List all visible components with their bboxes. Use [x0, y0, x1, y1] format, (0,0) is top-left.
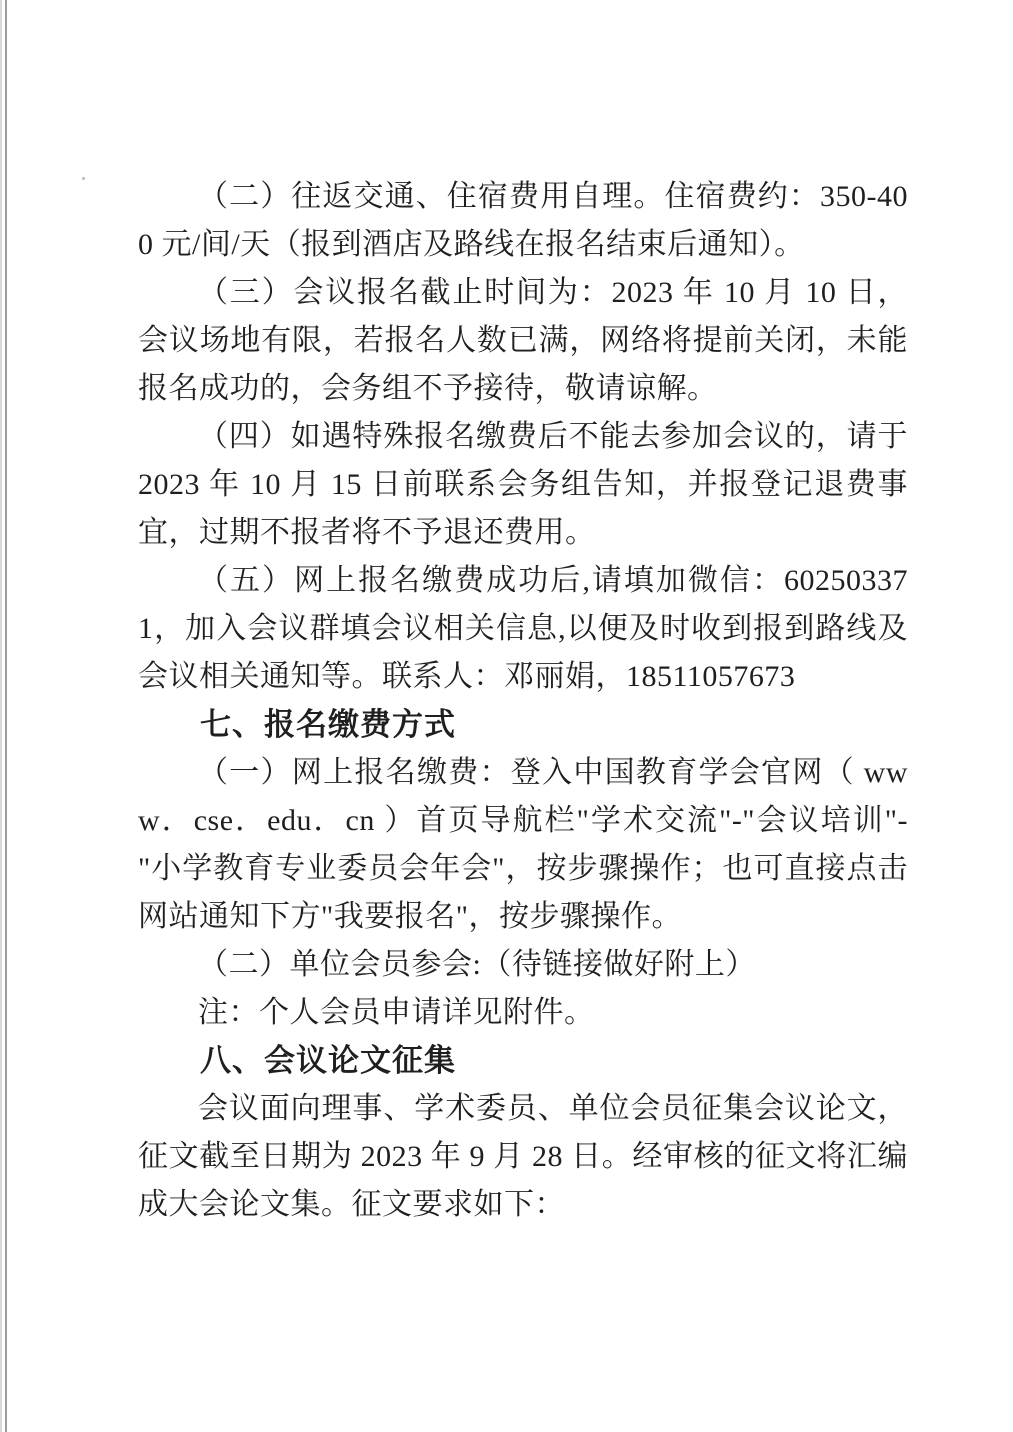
paragraph-individual-member-note: 注：个人会员申请详见附件。 — [138, 989, 908, 1037]
paragraph-member-unit-link: （二）单位会员参会:（待链接做好附上） — [138, 941, 908, 989]
paragraph-paper-collection: 会议面向理事、学术委员、单位会员征集会议论文，征文截至日期为 2023 年 9 … — [138, 1085, 908, 1229]
heading-section-7-payment: 七、报名缴费方式 — [138, 701, 908, 749]
paragraph-registration-deadline: （三）会议报名截止时间为：2023 年 10 月 10 日，会议场地有限，若报名… — [138, 269, 908, 413]
document-page: （二）往返交通、住宿费用自理。住宿费约：350-400 元/间/天（报到酒店及路… — [0, 0, 1013, 1432]
paragraph-refund-policy: （四）如遇特殊报名缴费后不能去参加会议的，请于 2023 年 10 月 15 日… — [138, 413, 908, 557]
scan-edge-inner — [5, 0, 7, 1432]
scan-edge-outer — [0, 0, 2, 1432]
scan-speckle — [82, 177, 85, 180]
paragraph-wechat-contact: （五）网上报名缴费成功后,请填加微信：602503371，加入会议群填会议相关信… — [138, 557, 908, 701]
heading-section-8-papers: 八、会议论文征集 — [138, 1037, 908, 1085]
paragraph-transport-lodging: （二）往返交通、住宿费用自理。住宿费约：350-400 元/间/天（报到酒店及路… — [138, 173, 908, 269]
paragraph-online-payment-steps: （一）网上报名缴费：登入中国教育学会官网（ www．cse．edu．cn ）首页… — [138, 749, 908, 941]
document-body: （二）往返交通、住宿费用自理。住宿费约：350-400 元/间/天（报到酒店及路… — [138, 173, 908, 1229]
